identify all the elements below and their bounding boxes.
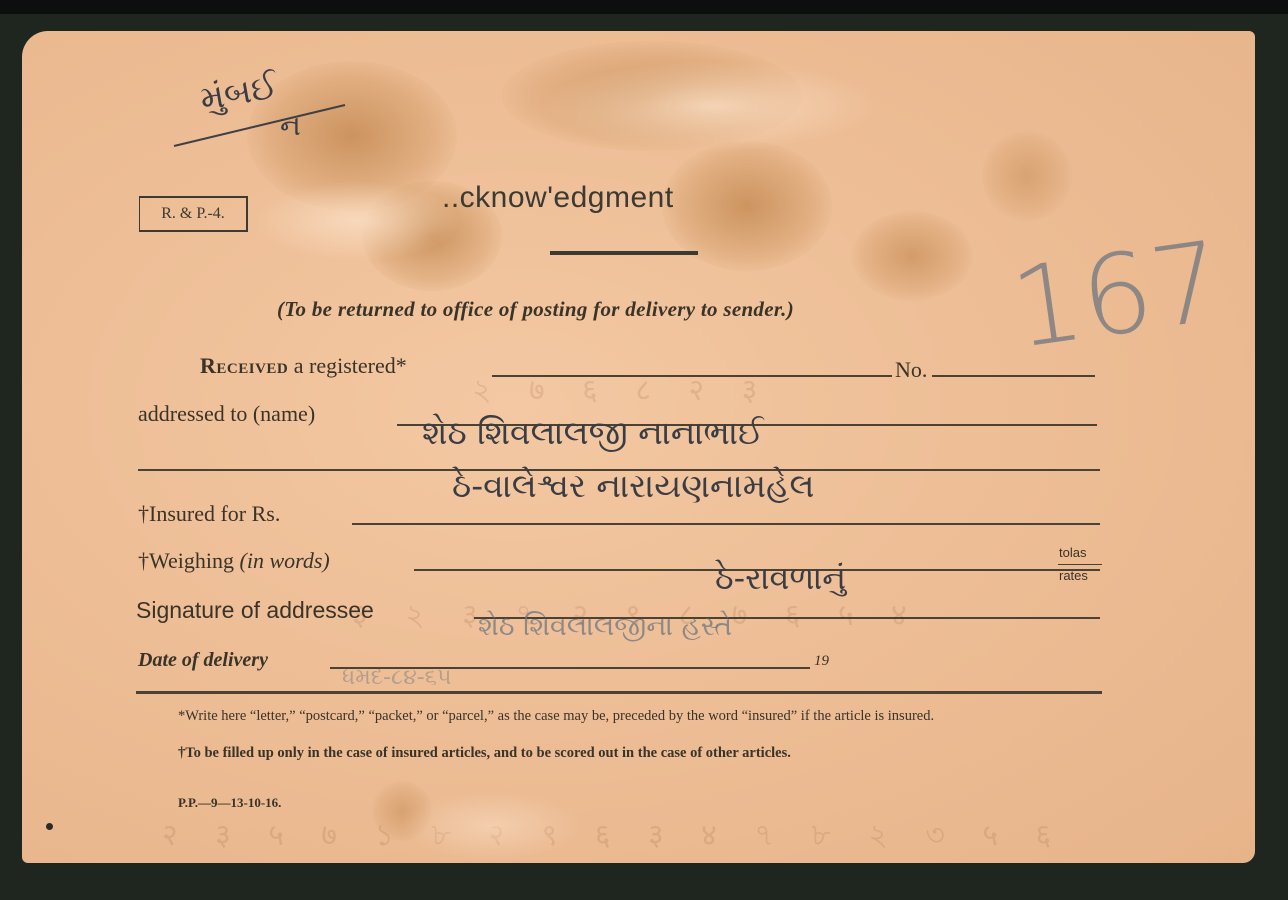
insured-line	[352, 523, 1100, 525]
bleed-through-text: २ ३ ५ ७ ১ ৮ २ ९ ६ ३ ४ ৭ ৮ ২ ৩ ५ ६	[162, 811, 1065, 862]
print-code: P.P.—9—13-10-16.	[178, 793, 281, 812]
received-label-caps: Received	[200, 353, 288, 378]
year-prefix: 19	[814, 653, 829, 670]
received-label: Received a registered*	[200, 353, 407, 379]
paper-tear	[542, 61, 882, 151]
tolas-label: tolas	[1059, 545, 1086, 560]
footnote-article-type: *Write here “letter,” “postcard,” “packe…	[140, 707, 1100, 726]
form-title: ..cknow'edgment	[442, 181, 674, 215]
weighing-label-italic: (in words)	[240, 548, 330, 573]
footnote-insured: †To be filled up only in the case of ins…	[140, 744, 1100, 763]
addressed-label: addressed to (name)	[138, 401, 315, 427]
water-stain	[982, 131, 1072, 221]
acknowledgment-card: ﾍ১ ২ ৭ ৯ ১ ২ ৫ ৬ ৭ ৮ ২ ৩ ३ ২ ३ ৭ २ ९ ८ ७…	[22, 31, 1255, 863]
received-label-rest: a registered*	[288, 353, 407, 378]
number-line	[932, 375, 1095, 377]
date-label: Date of delivery	[138, 649, 268, 672]
tolas-rates-divider	[1058, 564, 1102, 565]
weighing-label: †Weighing (in words)	[138, 548, 330, 574]
number-label: No.	[895, 357, 927, 383]
weighing-label-text: †Weighing	[138, 548, 234, 573]
paper-tear	[252, 181, 462, 261]
handwritten-name-line1: શેઠ શિવલાલજી નાનાભાઈ	[422, 413, 764, 453]
rates-label: rates	[1059, 568, 1088, 583]
scan-border-top	[0, 0, 1288, 14]
title-underline	[550, 251, 698, 255]
footer-divider	[136, 691, 1102, 694]
pen-stroke	[170, 101, 350, 151]
pencil-number: 167	[1004, 217, 1230, 373]
water-stain	[852, 211, 972, 301]
handwritten-name-line2: ઠે-વાલેશ્વર નારાયણનામહેલ	[452, 466, 814, 506]
form-code-box: R. & P.-4.	[139, 196, 248, 232]
signature-label: Signature of addressee	[136, 597, 374, 624]
form-subtitle: (To be returned to office of posting for…	[277, 297, 794, 322]
bleed-through-text: ﾍ১ ২ ৭ ৯ ১ ২ ৫ ৬ ৭ ৮ ২ ৩	[22, 191, 32, 863]
pencil-signature: શેઠ શિવલાલજીના હસ્તે	[478, 611, 732, 643]
insured-label: †Insured for Rs.	[138, 501, 280, 527]
pencil-date: ધમદ-૮૪-૬૫	[342, 665, 451, 690]
article-type-line	[492, 375, 892, 377]
ink-dot	[46, 823, 53, 830]
bleed-through-text: ২ ७ ६ ८ २ ३	[472, 366, 771, 417]
handwritten-weighing: ઠે-રાવળાનું	[715, 559, 846, 598]
paper-tear	[402, 791, 582, 861]
